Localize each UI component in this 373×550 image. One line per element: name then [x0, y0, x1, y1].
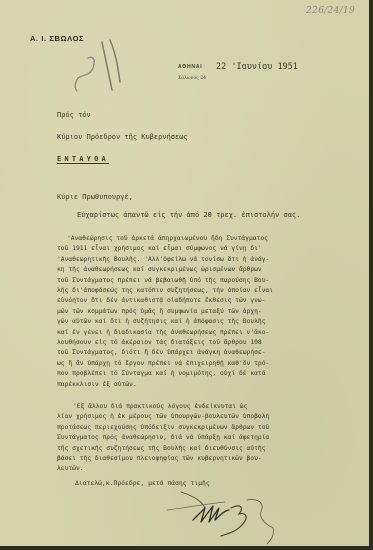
salutation: Κύριε Πρωθυπουργέ, — [57, 193, 133, 201]
recipient-line-2: Κύριον Πρόεδρον τῆς Κυβερνήσεως — [57, 133, 188, 141]
text-line: τῆς σχετικῆς συζητήσεως τῆς Βουλῆς καί δ… — [57, 444, 340, 454]
text-line: προτάσεως περιεχούσης ὑπόδειξιν συγκεκρι… — [57, 423, 340, 433]
letter-page: 226/24/19 Α. Ι. ΣΒΩΛΟΣ ΑΘΗΝΑΙ 22 'Ιουνίο… — [0, 0, 369, 546]
text-line: λουθήσουν εἰς τό ἀκέραιον τάς διατάξεις … — [57, 338, 340, 348]
letter-date: 22 'Ιουνίου 1951 — [216, 62, 298, 72]
body-paragraph-2: 'Εξ ἄλλου διά πρακτικούς λόγους ἐνδείκνυ… — [57, 402, 340, 475]
text-line: 'Εξ ἄλλου διά πρακτικούς λόγους ἐνδείκνυ… — [57, 402, 340, 412]
closing-line: Διατελῶ,κ.Πρόεδρε, μετά πάσης τιμῆς — [75, 479, 210, 487]
recipient-line-1: Πρός τόν — [57, 111, 91, 119]
archive-reference-number: 226/24/19 — [306, 6, 355, 16]
handwritten-signature — [165, 488, 280, 546]
text-line: καί ἐν γένει ἡ διαδικασία τῆς ἀναθεωρήσε… — [57, 328, 340, 338]
text-line: τοῦ Συντάγματος πρέπει νά βεβαιωθῇ ὑπό τ… — [57, 276, 340, 286]
sender-street-address: Σόλωνος 24 — [178, 76, 298, 81]
place-date-block: ΑΘΗΝΑΙ 22 'Ιουνίου 1951 Σόλωνος 24 — [178, 56, 298, 81]
text-line: βάσει τῆς διαθεσίμου πλειοψηφίας τῶν κυβ… — [57, 454, 340, 464]
text-line: λίαν χρήσιμος ἡ ἐκ μέρους τῶν ὑπουργῶν-β… — [57, 412, 340, 422]
text-line: ως ἤ ἄν ὑπάρχῃ τό ἔργον πρέπει νά ἐπιχει… — [57, 359, 340, 369]
text-line: τοῦ 1911 εἶναι χρήσιμος καί εἶμαι σύμφων… — [57, 244, 340, 254]
text-line: παρέκκλισιν ἐξ αὐτῶν. — [57, 380, 340, 390]
text-line: 'Αναθεωρητικῆς Βουλῆς. 'Αλλ'ὀφείλω νά το… — [57, 255, 340, 265]
text-line: μῶν τῶν κομμάτων πρός ὑμᾶς ἤ συμφωνία με… — [57, 307, 340, 317]
recipient-line-3: ΕΝΤΑΥΘΑ — [57, 155, 109, 163]
thanks-line: Εὐχαρίστως ἀπαντῶ εἰς τήν ἀπό 20 τρεχ. ἐ… — [77, 211, 300, 219]
text-line: γῶν αὐτῶν καί ὅτι ἡ συζήτησις καί ἡ ἀπόφ… — [57, 317, 340, 327]
place-city: ΑΘΗΝΑΙ — [178, 64, 202, 70]
text-line: λῆς δι'ἀποφάσεώς της κατόπιν συζητήσεως,… — [57, 286, 340, 296]
pencil-annotation-mark — [72, 34, 132, 92]
text-line: κη τῆς ἀναθεωρήσεως καί συγκεκριμένως ὡρ… — [57, 265, 340, 275]
text-line: λευτῶν. — [57, 464, 340, 474]
text-line: τοῦ Συντάγματος, διότι ἤ δέν ὑπάρχει ἀνά… — [57, 348, 340, 358]
text-line: πον προβλέπει τό Σύνταγμα καί ἡ νομιμότη… — [57, 369, 340, 379]
body-paragraph-1: 'Αναθεώρησις τοῦ ἀρκετά ἀπηρχαιωμένου ἤδ… — [57, 234, 340, 390]
text-line: εὐνόητον ὅτι δέν ἀντικαθιστᾷ οἱαδήποτε ἔ… — [57, 296, 340, 306]
text-line: Συντάγματος πρός ἀναθεώρησιν, διά νά ὑπά… — [57, 433, 340, 443]
text-line: 'Αναθεώρησις τοῦ ἀρκετά ἀπηρχαιωμένου ἤδ… — [57, 234, 340, 244]
